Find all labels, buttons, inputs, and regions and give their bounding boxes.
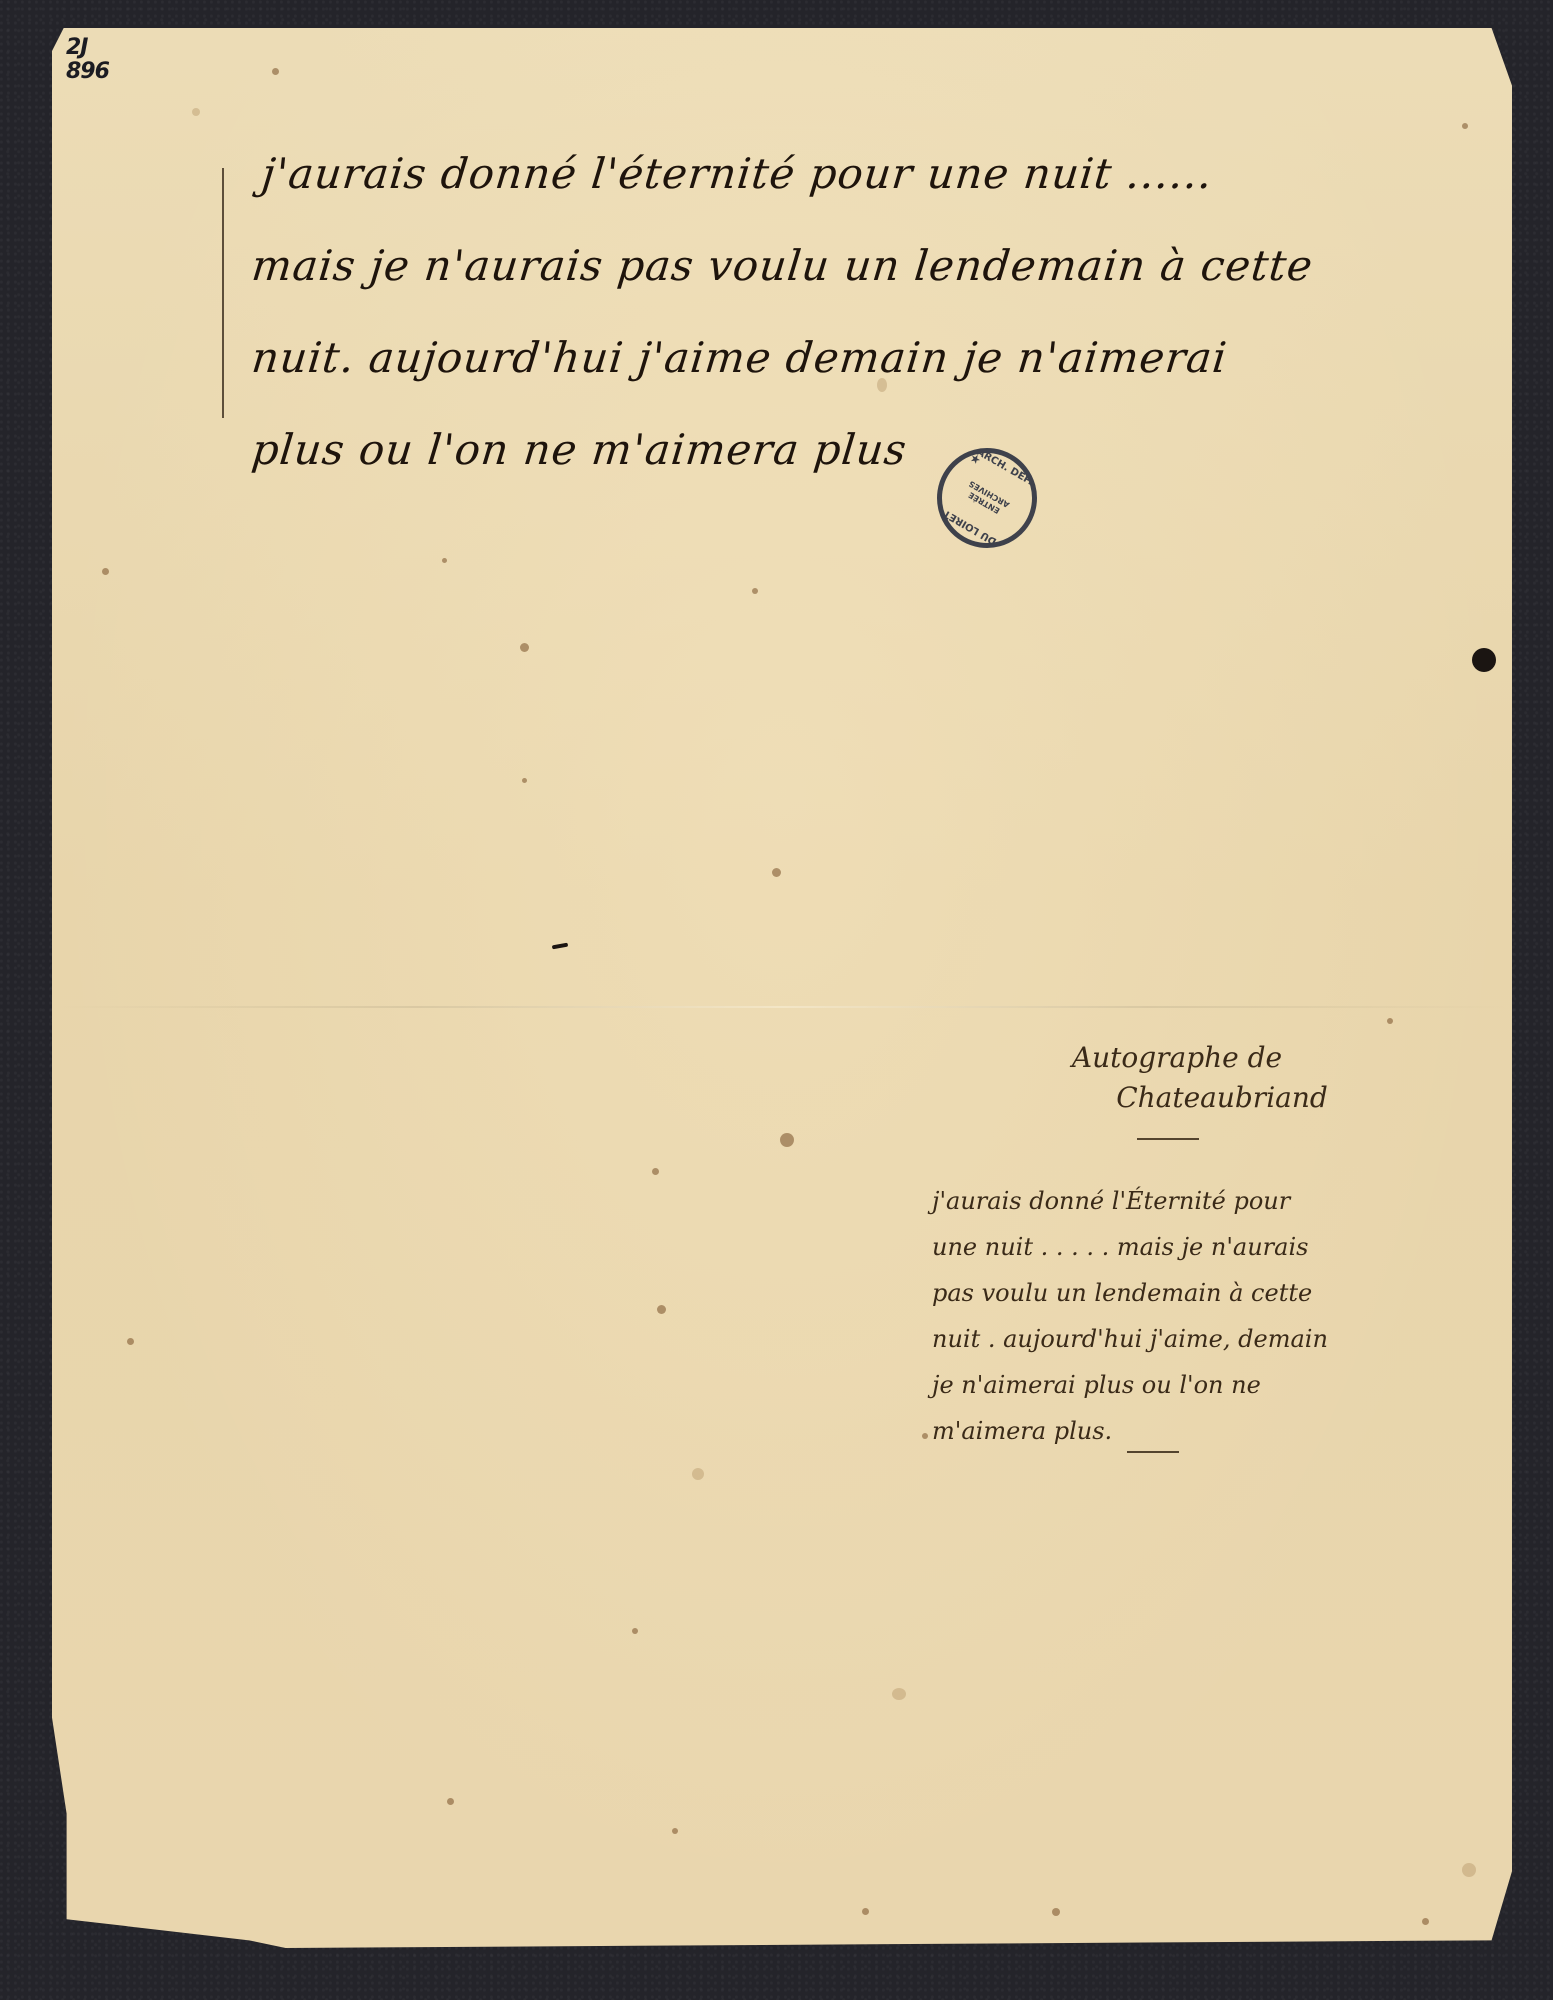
foxing-spot [442,558,447,563]
annotation-transcription: j'aurais donné l'Éternité pour une nuit … [932,1178,1492,1454]
fold-crease [52,1006,1512,1008]
main-handwritten-text: j'aurais donné l'éternité pour une nuit … [242,128,1442,496]
foxing-spot [922,1433,928,1439]
annotation-title-line: Chateaubriand [1077,1078,1367,1118]
transcription-line: je n'aimerai plus ou l'on ne [932,1362,1492,1408]
margin-line [222,168,224,418]
reference-number: 896 [66,60,109,84]
ink-blot [1472,648,1496,672]
foxing-spot [1422,1918,1429,1925]
foxing-spot [272,68,279,75]
foxing-spot [692,1468,704,1480]
foxing-spot [522,778,527,783]
stamp-center-text: ENTRÉE ARCHIVES [962,478,1011,518]
stamp-bottom-text: DU LOIRET [942,507,999,546]
text-line: j'aurais donné l'éternité pour une nuit … [257,128,1447,220]
foxing-spot [192,108,200,116]
foxing-spot [1052,1908,1060,1916]
foxing-spot [780,1133,794,1147]
annotation-separator [1137,1138,1199,1140]
text-line: plus ou l'on ne m'aimera plus [247,404,1447,496]
foxing-spot [102,568,109,575]
foxing-spot [1387,1018,1393,1024]
foxing-spot [752,588,758,594]
foxing-spot [892,1688,906,1700]
ink-mark [552,943,568,950]
transcription-line: m'aimera plus. [932,1408,1492,1454]
foxing-spot [657,1305,666,1314]
foxing-spot [652,1168,659,1175]
text-line: mais je n'aurais pas voulu un lendemain … [247,220,1447,312]
text-line: nuit. aujourd'hui j'aime demain je n'aim… [247,312,1447,404]
annotation-end-rule [1127,1451,1179,1453]
transcription-line: nuit . aujourd'hui j'aime, demain [932,1316,1492,1362]
foxing-spot [1462,123,1468,129]
foxing-spot [772,868,781,877]
reference-series: 2J [66,36,109,60]
foxing-spot [862,1908,869,1915]
foxing-spot [520,643,529,652]
transcription-line: une nuit . . . . . mais je n'aurais [932,1224,1492,1270]
archive-reference: 2J 896 [66,36,109,84]
foxing-spot [632,1628,638,1634]
annotation-title-line: Autographe de [987,1038,1367,1078]
foxing-spot [127,1338,134,1345]
foxing-spot [1462,1863,1476,1877]
manuscript-page: 2J 896 j'aurais donné l'éternité pour un… [52,28,1512,1948]
annotation-title: Autographe de Chateaubriand [987,1038,1367,1118]
foxing-spot [447,1798,454,1805]
foxing-spot [672,1828,678,1834]
transcription-line: pas voulu un lendemain à cette [932,1270,1492,1316]
transcription-line: j'aurais donné l'Éternité pour [932,1178,1492,1224]
